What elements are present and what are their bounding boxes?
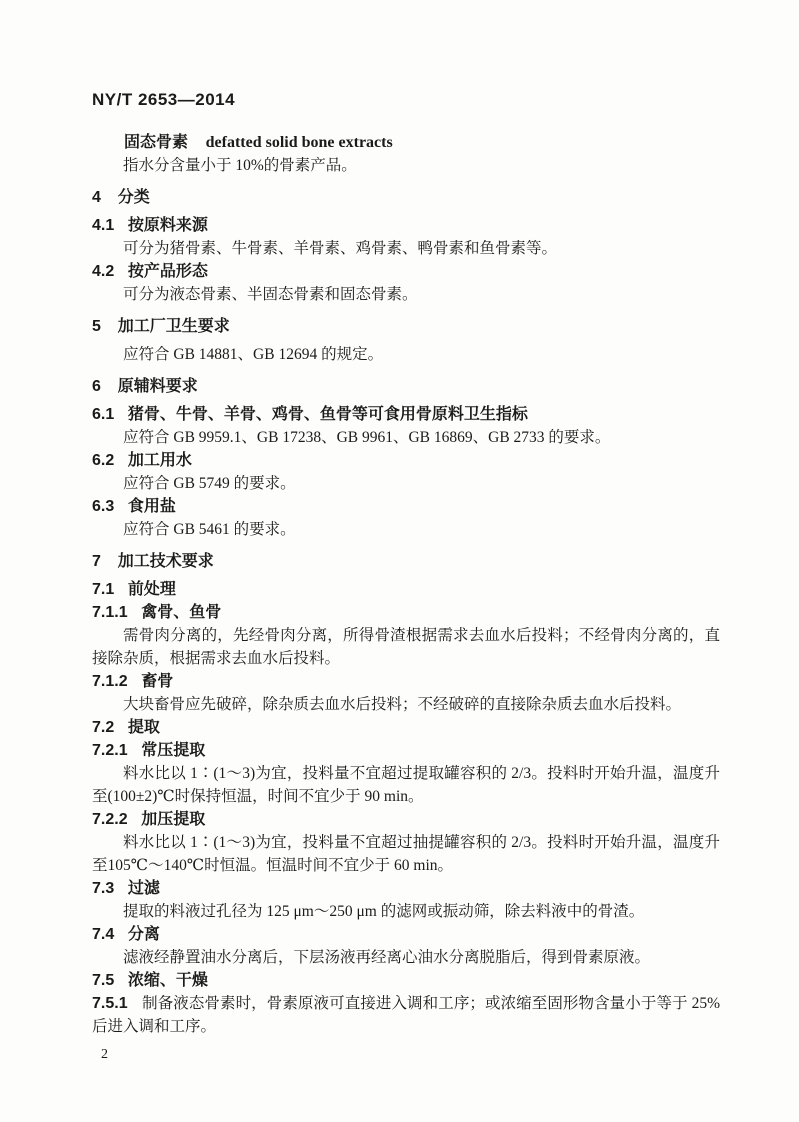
heading-7-4: 7.4分离 xyxy=(92,923,720,946)
section-title: 加工用水 xyxy=(128,452,192,469)
heading-7-2-2: 7.2.2加压提取 xyxy=(92,808,720,831)
heading-6: 6原辅料要求 xyxy=(92,375,720,398)
paragraph-5: 应符合 GB 14881、GB 12694 的规定。 xyxy=(92,343,720,366)
section-title: 常压提取 xyxy=(141,742,205,759)
section-number: 7.3 xyxy=(92,880,114,897)
section-number: 7 xyxy=(92,553,101,570)
heading-7: 7加工技术要求 xyxy=(92,550,720,573)
paragraph-7-1-2: 大块畜骨应先破碎，除杂质去血水后投料；不经破碎的直接除杂质去血水后投料。 xyxy=(92,693,720,716)
section-title: 畜骨 xyxy=(141,673,173,690)
term-en: defatted solid bone extracts xyxy=(206,134,393,151)
heading-7-1-1: 7.1.1禽骨、鱼骨 xyxy=(92,601,720,624)
paragraph-7-3: 提取的料液过孔径为 125 μm～250 μm 的滤网或振动筛，除去料液中的骨渣… xyxy=(92,900,720,923)
section-number: 7.2.2 xyxy=(92,811,128,828)
section-title: 加工厂卫生要求 xyxy=(118,318,230,335)
paragraph-term-definition: 指水分含量小于 10%的骨素产品。 xyxy=(92,154,720,177)
paragraph-7-2-1: 料水比以 1∶(1～3)为宜，投料量不宜超过提取罐容积的 2/3。投料时开始升温… xyxy=(92,762,720,808)
section-number: 7.1.1 xyxy=(92,604,128,621)
section-title: 加压提取 xyxy=(141,811,205,828)
paragraph-4-1: 可分为猪骨素、牛骨素、羊骨素、鸡骨素、鸭骨素和鱼骨素等。 xyxy=(92,237,720,260)
paragraph-6-2: 应符合 GB 5749 的要求。 xyxy=(92,472,720,495)
section-title: 分类 xyxy=(118,189,150,206)
page-number: 2 xyxy=(92,1045,720,1065)
heading-7-1: 7.1前处理 xyxy=(92,578,720,601)
heading-7-5: 7.5浓缩、干燥 xyxy=(92,969,720,992)
section-number: 6.1 xyxy=(92,406,114,423)
section-number: 7.5.1 xyxy=(92,995,128,1012)
heading-7-2-1: 7.2.1常压提取 xyxy=(92,739,720,762)
paragraph-6-1: 应符合 GB 9959.1、GB 17238、GB 9961、GB 16869、… xyxy=(92,426,720,449)
section-title: 按原料来源 xyxy=(128,217,208,234)
section-number: 6.3 xyxy=(92,498,114,515)
section-title: 食用盐 xyxy=(128,498,176,515)
paragraph-7-1-1: 需骨肉分离的，先经骨肉分离，所得骨渣根据需求去血水后投料；不经骨肉分离的，直接除… xyxy=(92,624,720,670)
section-title: 浓缩、干燥 xyxy=(128,972,208,989)
section-title: 前处理 xyxy=(128,581,176,598)
section-number: 4.2 xyxy=(92,263,114,280)
section-number: 4.1 xyxy=(92,217,114,234)
term-zh: 固态骨素 xyxy=(124,134,188,151)
section-title: 按产品形态 xyxy=(128,263,208,280)
heading-4: 4分类 xyxy=(92,186,720,209)
section-title: 分离 xyxy=(128,926,160,943)
section-number: 5 xyxy=(92,318,101,335)
heading-4-2: 4.2按产品形态 xyxy=(92,260,720,283)
heading-5: 5加工厂卫生要求 xyxy=(92,315,720,338)
heading-7-3: 7.3过滤 xyxy=(92,877,720,900)
section-number: 7.2.1 xyxy=(92,742,128,759)
paragraph-7-5-1: 7.5.1制备液态骨素时，骨素原液可直接进入调和工序；或浓缩至固形物含量小于等于… xyxy=(92,992,720,1038)
section-number: 6.2 xyxy=(92,452,114,469)
heading-6-1: 6.1猪骨、牛骨、羊骨、鸡骨、鱼骨等可食用骨原料卫生指标 xyxy=(92,403,720,426)
paragraph-7-4: 滤液经静置油水分离后，下层汤液再经离心油水分离脱脂后，得到骨素原液。 xyxy=(92,946,720,969)
section-title: 加工技术要求 xyxy=(118,553,214,570)
paragraph-6-3: 应符合 GB 5461 的要求。 xyxy=(92,518,720,541)
standard-number: NY/T 2653—2014 xyxy=(92,88,720,112)
heading-7-2: 7.2提取 xyxy=(92,716,720,739)
section-title: 禽骨、鱼骨 xyxy=(141,604,221,621)
paragraph-7-2-2: 料水比以 1∶(1～3)为宜，投料量不宜超过抽提罐容积的 2/3。投料时开始升温… xyxy=(92,831,720,877)
section-title: 猪骨、牛骨、羊骨、鸡骨、鱼骨等可食用骨原料卫生指标 xyxy=(128,406,528,423)
term-heading: 固态骨素defatted solid bone extracts xyxy=(92,131,720,154)
section-title: 提取 xyxy=(128,719,160,736)
paragraph-4-2: 可分为液态骨素、半固态骨素和固态骨素。 xyxy=(92,283,720,306)
paragraph-text: 制备液态骨素时，骨素原液可直接进入调和工序；或浓缩至固形物含量小于等于 25%后… xyxy=(92,995,720,1035)
heading-6-3: 6.3食用盐 xyxy=(92,495,720,518)
heading-4-1: 4.1按原料来源 xyxy=(92,214,720,237)
heading-6-2: 6.2加工用水 xyxy=(92,449,720,472)
section-title: 原辅料要求 xyxy=(118,378,198,395)
section-number: 7.1 xyxy=(92,581,114,598)
section-number: 7.1.2 xyxy=(92,673,128,690)
section-number: 7.2 xyxy=(92,719,114,736)
section-number: 7.4 xyxy=(92,926,114,943)
section-number: 4 xyxy=(92,189,101,206)
section-title: 过滤 xyxy=(128,880,160,897)
heading-7-1-2: 7.1.2畜骨 xyxy=(92,670,720,693)
section-number: 6 xyxy=(92,378,101,395)
section-number: 7.5 xyxy=(92,972,114,989)
document-page: NY/T 2653—2014 固态骨素defatted solid bone e… xyxy=(0,0,799,1122)
